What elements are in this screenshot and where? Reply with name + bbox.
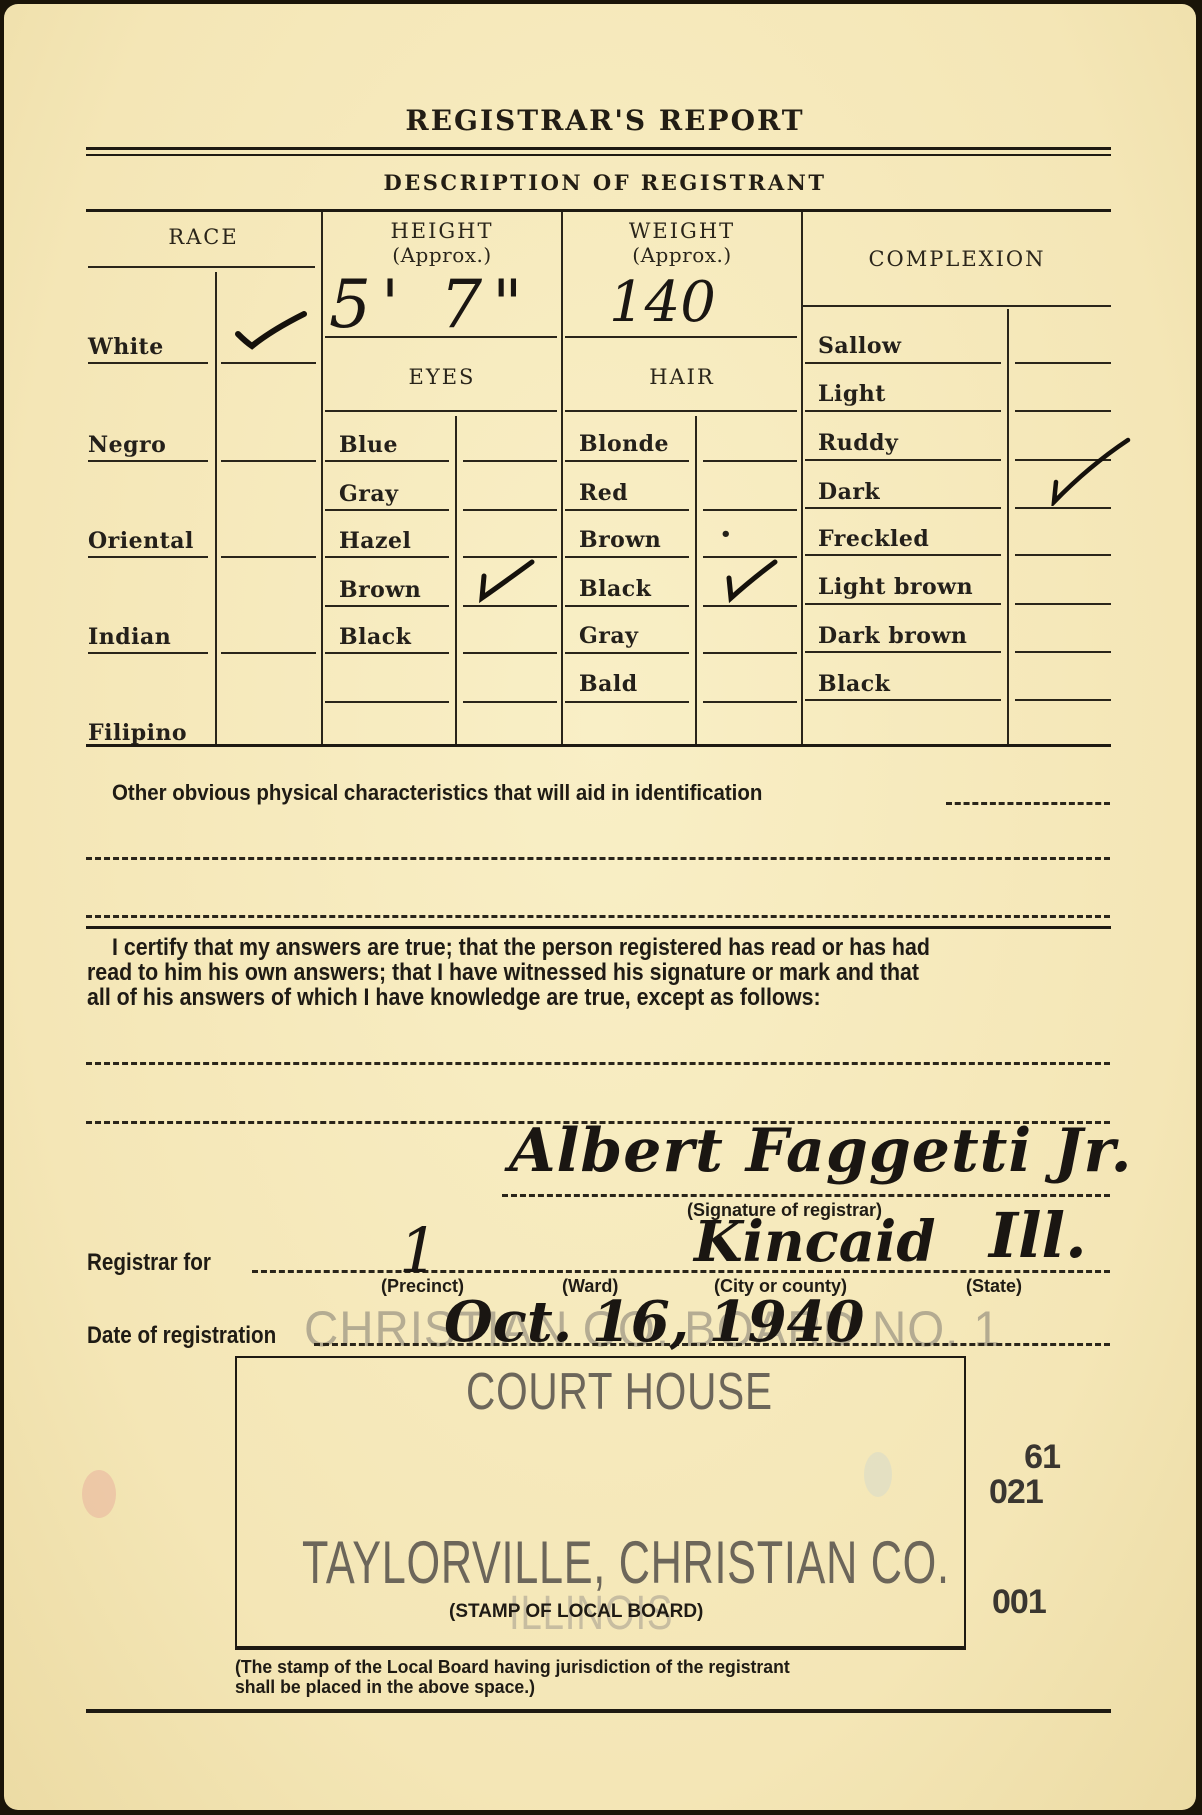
hair-row-rule [565,605,689,607]
complexion-dark-label: Dark [818,479,880,505]
race-indian-label: Indian [88,624,171,650]
certification-line-2: read to him his own answers; that I have… [87,959,919,987]
race-row-rule [88,652,208,654]
eyes-row-rule [325,652,449,654]
complexion-light-label: Light [818,381,886,407]
stamp-instruction-line-2: shall be placed in the above space.) [235,1677,535,1698]
complexion-dark-brown-label: Dark brown [818,623,967,649]
date-of-registration-label: Date of registration [87,1322,276,1350]
race-row-rule [88,362,208,364]
hair-row-rule [565,652,689,654]
divider-complexion-inner [1007,309,1009,746]
divider-race-inner [215,272,217,746]
hair-check-rule [703,605,797,607]
race-row-rule [88,556,208,558]
divider-weight-complexion [801,212,803,746]
complexion-header: COMPLEXION [803,248,1111,270]
race-filipino-label: Filipino [88,720,187,746]
complexion-check-rule [1015,651,1111,653]
race-check-rule [221,460,316,462]
hair-black-label: Black [579,576,651,602]
eyes-check-rule [463,605,557,607]
hair-header: HAIR [563,366,801,388]
complexion-header-rule [803,305,1111,307]
race-white-label: White [88,334,164,360]
other-characteristics-line-3[interactable] [86,915,1110,918]
eyes-row-rule [325,460,449,462]
eyes-blue-label: Blue [339,432,398,458]
complexion-check-rule [1015,410,1111,412]
table-bottom-rule [86,744,1111,747]
complexion-row-rule [805,362,1001,364]
height-sub-header: (Approx.) [323,244,561,266]
complexion-sallow-label: Sallow [818,333,901,359]
stamp-caption: (STAMP OF LOCAL BOARD) [449,1601,703,1623]
complexion-check-rule [1015,699,1111,701]
complexion-check-rule [1015,362,1111,364]
eyes-check-rule [463,652,557,654]
hair-row-rule [565,460,689,462]
other-characteristics-input[interactable] [946,802,1110,805]
registrar-signature[interactable]: Albert Faggetti Jr. [509,1116,1132,1186]
complexion-row-rule [805,651,1001,653]
divider-height-weight [561,212,563,746]
eyes-check-rule [463,701,557,703]
certification-line-3: all of his answers of which I have knowl… [87,984,821,1012]
hair-bald-label: Bald [579,671,638,697]
complexion-row-rule [805,410,1001,412]
race-white-checkmark-icon[interactable] [232,304,312,354]
certification-line-1: I certify that my answers are true; that… [112,934,930,962]
divider-hair-inner [695,416,697,746]
complexion-row-rule [805,459,1001,461]
hair-check-rule [703,652,797,654]
complexion-dark-checkmark-icon[interactable] [1044,436,1134,506]
complexion-ruddy-label: Ruddy [818,430,898,456]
exceptions-line-1[interactable] [86,1062,1110,1065]
height-rule [325,336,557,338]
eyes-brown-label: Brown [339,577,421,603]
divider-race-height [321,212,323,746]
eyes-header-rule [325,410,557,412]
eyes-row-rule [325,701,449,703]
hair-check-rule [703,509,797,511]
date-of-registration-value[interactable]: Oct. 16, 1940 [444,1289,865,1355]
height-value[interactable]: 5' 7" [329,266,532,343]
side-code-2: 021 [989,1474,1043,1510]
complexion-row-rule [805,554,1001,556]
eyes-black-label: Black [339,624,411,650]
bottom-rule [86,1709,1111,1713]
other-characteristics-line-2[interactable] [86,857,1110,860]
eyes-gray-label: Gray [339,481,398,507]
certification-rule [86,926,1111,929]
eyes-hazel-label: Hazel [339,528,411,554]
complexion-check-rule [1015,554,1111,556]
eyes-row-rule [325,605,449,607]
complexion-row-rule [805,699,1001,701]
race-negro-label: Negro [88,432,166,458]
weight-value[interactable]: 140 [609,270,716,335]
race-check-rule [221,652,316,654]
side-code-1: 61 [1010,1439,1060,1475]
race-check-rule [221,362,316,364]
complexion-row-rule [805,603,1001,605]
hair-check-rule [703,460,797,462]
hair-row-rule [565,509,689,511]
paper-stain [864,1452,892,1497]
registrar-for-label: Registrar for [87,1249,211,1277]
state-caption: (State) [966,1276,1022,1297]
divider-eyes-inner [455,416,457,746]
race-check-rule [221,556,316,558]
section-title: DESCRIPTION OF REGISTRANT [4,170,1202,195]
complexion-check-rule [1015,603,1111,605]
signature-line [502,1194,1110,1197]
complexion-freckled-label: Freckled [818,526,929,552]
eyes-brown-checkmark-icon[interactable] [472,554,542,604]
hair-brown-mark: • [720,524,732,545]
hair-row-rule [565,556,689,558]
hair-check-rule [703,701,797,703]
eyes-check-rule [463,460,557,462]
stamp-court-house: COURT HOUSE [466,1362,773,1422]
page-title: REGISTRAR'S REPORT [4,104,1202,137]
weight-header: WEIGHT [563,220,801,242]
eyes-row-rule [325,509,449,511]
stamp-instruction-line-1: (The stamp of the Local Board having jur… [235,1657,790,1678]
race-header-rule [88,266,315,268]
race-oriental-label: Oriental [88,528,194,554]
hair-red-label: Red [579,480,628,506]
registrar-city-value[interactable]: Kincaid [694,1209,935,1275]
hair-header-rule [565,410,797,412]
registrar-state-value[interactable]: Ill. [989,1199,1087,1272]
red-ink-smudge [82,1470,116,1518]
hair-black-checkmark-icon[interactable] [719,554,789,604]
complexion-check-rule [1015,507,1111,509]
hair-row-rule [565,701,689,703]
eyes-header: EYES [323,366,561,388]
height-header: HEIGHT [323,220,561,242]
title-rule-top [86,147,1111,150]
registrar-for-line [252,1270,1110,1273]
weight-rule [565,336,797,338]
hair-gray-label: Gray [579,623,638,649]
hair-brown-label: Brown [579,527,661,553]
race-header: RACE [86,226,321,248]
hair-blonde-label: Blonde [579,431,669,457]
eyes-row-rule [325,556,449,558]
complexion-light-brown-label: Light brown [818,574,973,600]
complexion-black-label: Black [818,671,890,697]
complexion-row-rule [805,507,1001,509]
weight-sub-header: (Approx.) [563,244,801,266]
eyes-check-rule [463,509,557,511]
title-rule-bottom [86,154,1111,156]
registration-card: REGISTRAR'S REPORT DESCRIPTION OF REGIST… [4,4,1196,1810]
race-row-rule [88,460,208,462]
table-top-rule [86,209,1111,212]
other-characteristics-label: Other obvious physical characteristics t… [112,780,762,806]
side-code-3: 001 [992,1584,1046,1620]
